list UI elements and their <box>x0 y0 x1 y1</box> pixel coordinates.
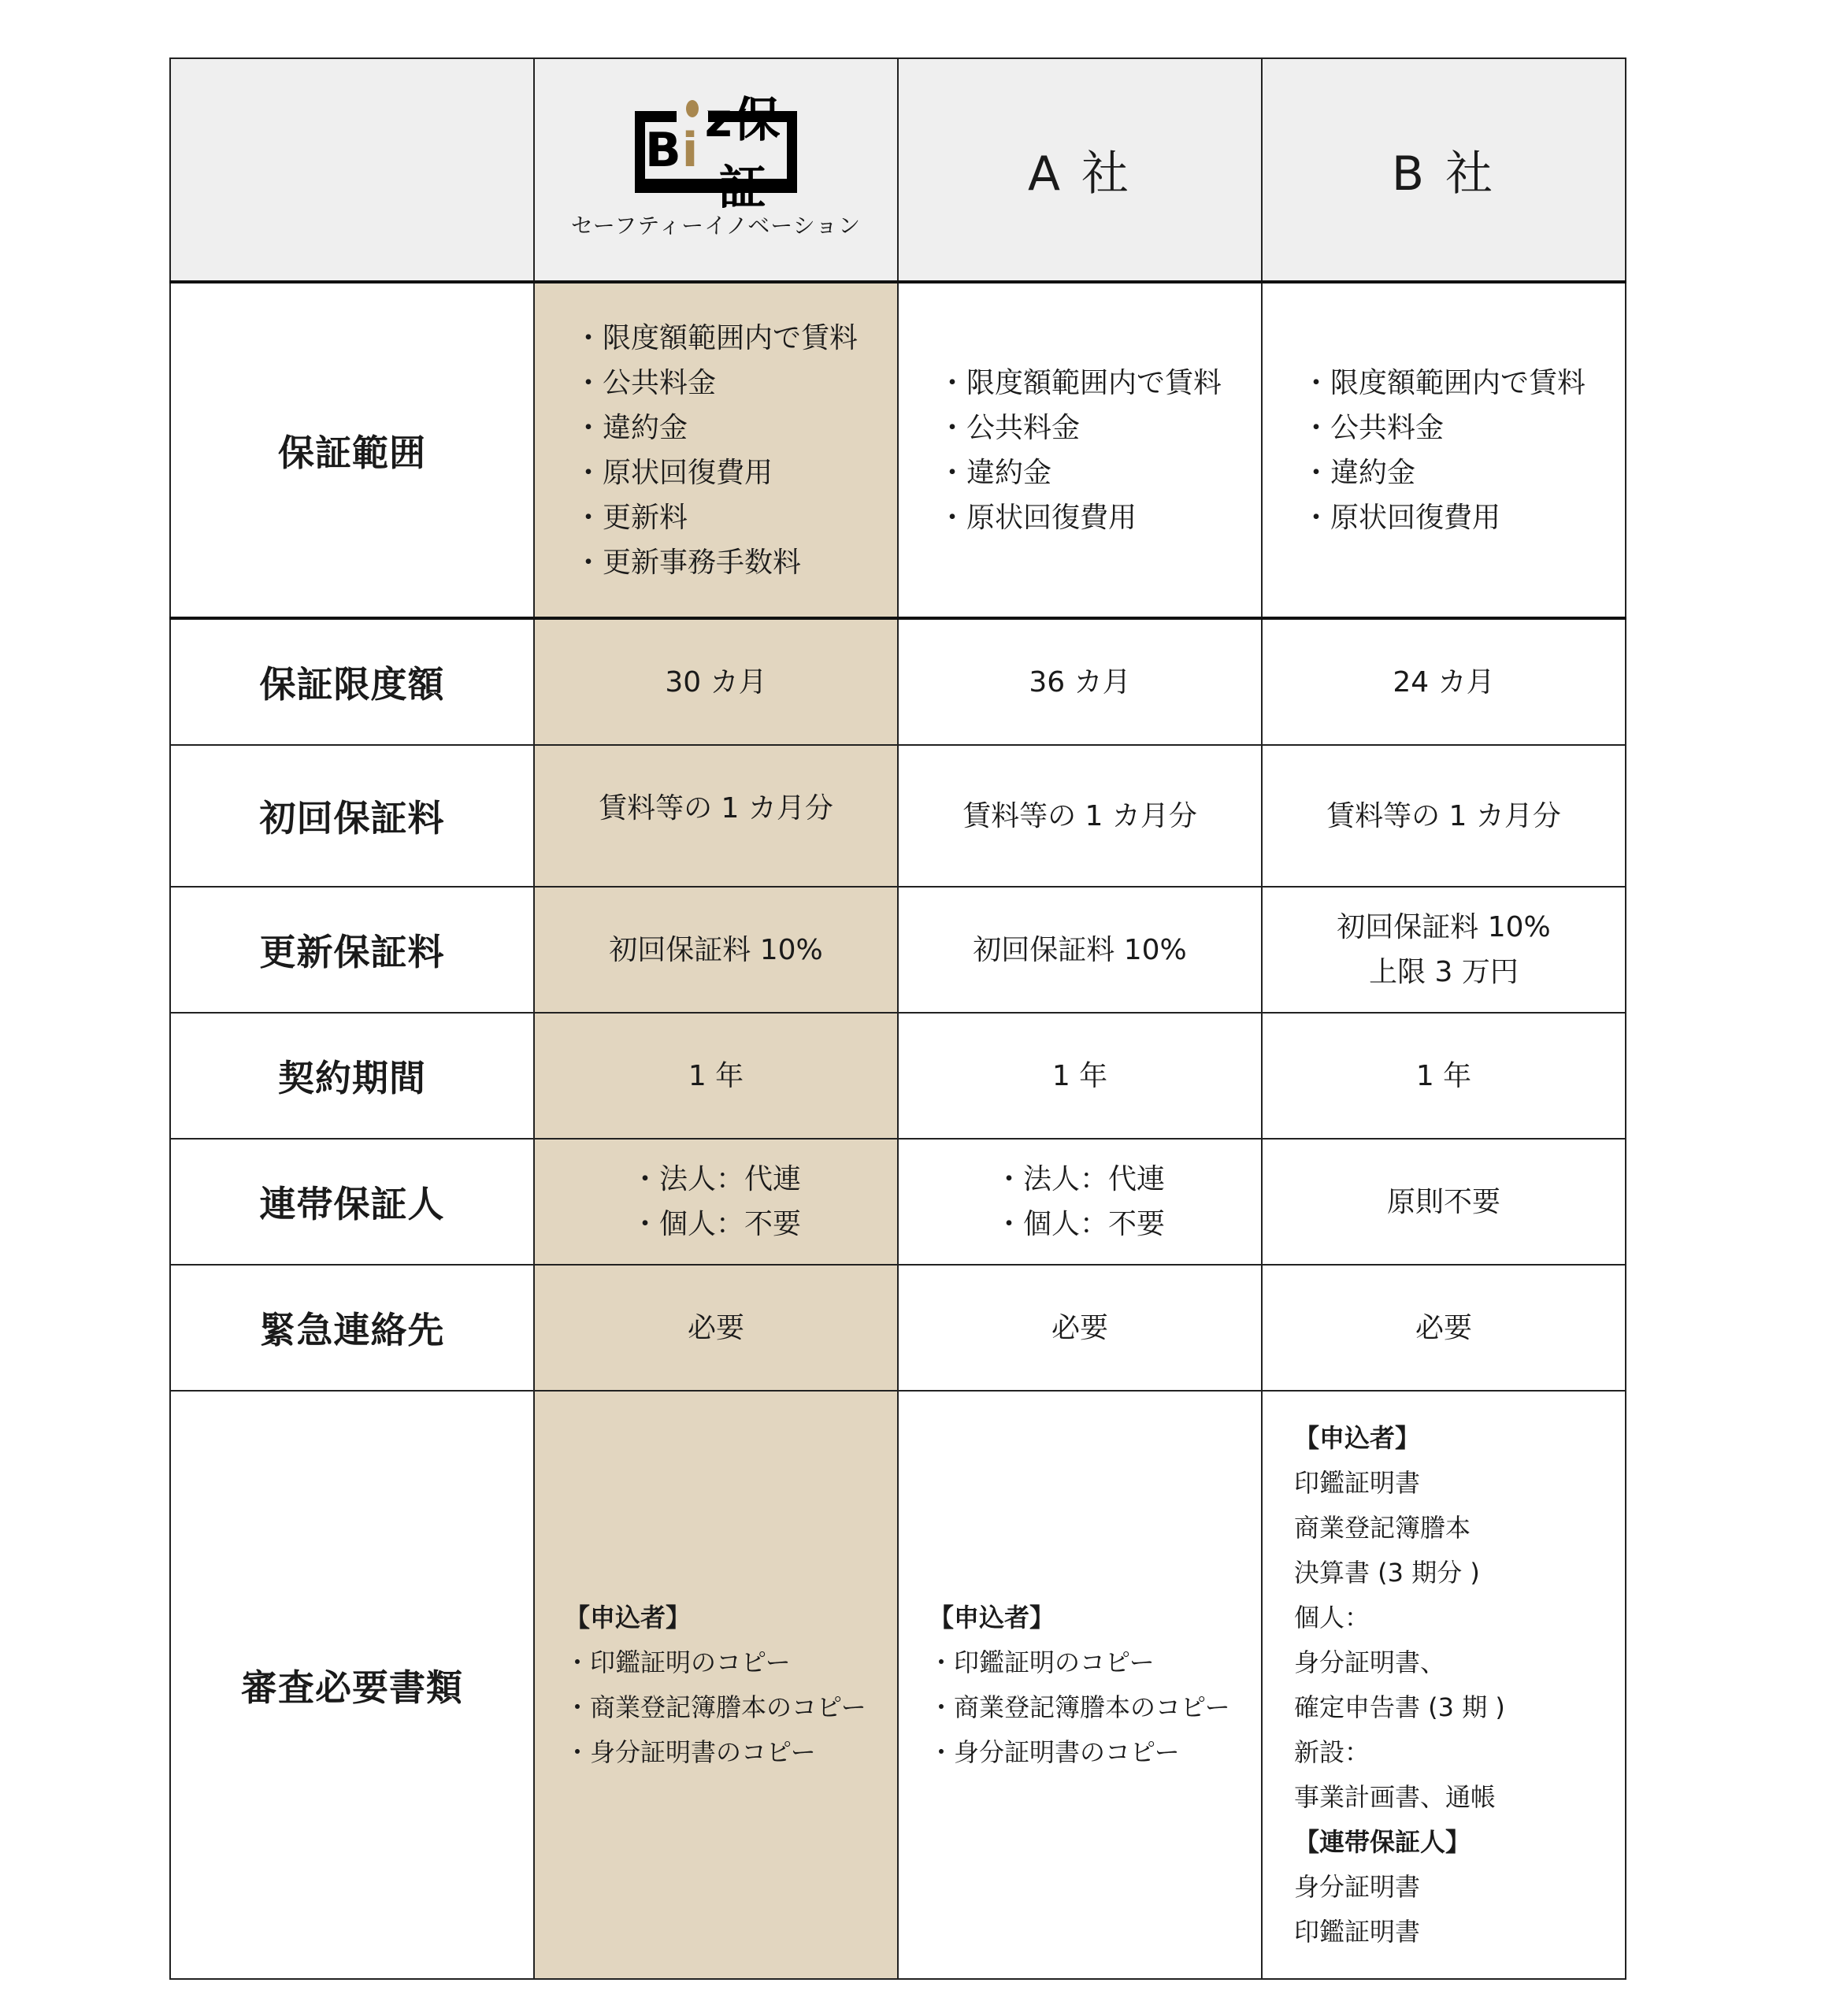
cell-a: 36 カ月 <box>898 618 1262 745</box>
row-label: 緊急連絡先 <box>170 1265 534 1391</box>
row-initial-fee: 初回保証料 賃料等の 1 カ月分 賃料等の 1 カ月分 賃料等の 1 カ月分 <box>170 745 1626 887</box>
row-renewal-fee: 更新保証料 初回保証料 10% 初回保証料 10% 初回保証料 10% 上限 3… <box>170 887 1626 1013</box>
cell-b: 1 年 <box>1262 1013 1626 1139</box>
cell-biz: 必要 <box>534 1265 898 1391</box>
row-label: 保証範囲 <box>170 282 534 618</box>
cell-a: 初回保証料 10% <box>898 887 1262 1013</box>
scope-list: 限度額範囲内で賃料 公共料金 違約金 原状回復費用 <box>1302 361 1585 540</box>
comparison-table: Biz保証 セーフティーイノベーション A 社 B 社 保証範囲 限度額範囲内で… <box>169 57 1626 1980</box>
row-guarantor: 連帯保証人 法人：代連 個人：不要 法人：代連 個人：不要 原則不要 <box>170 1139 1626 1265</box>
cell-b: 原則不要 <box>1262 1139 1626 1265</box>
cell-b: 必要 <box>1262 1265 1626 1391</box>
cell-biz: 賃料等の 1 カ月分 <box>534 745 898 887</box>
header-biz: Biz保証 セーフティーイノベーション <box>534 58 898 282</box>
cell-a: 必要 <box>898 1265 1262 1391</box>
row-label: 審査必要書類 <box>170 1391 534 1979</box>
row-term: 契約期間 1 年 1 年 1 年 <box>170 1013 1626 1139</box>
cell-biz: 1 年 <box>534 1013 898 1139</box>
row-scope: 保証範囲 限度額範囲内で賃料 公共料金 違約金 原状回復費用 更新料 更新事務手… <box>170 282 1626 618</box>
cell-biz: 初回保証料 10% <box>534 887 898 1013</box>
row-label: 連帯保証人 <box>170 1139 534 1265</box>
header-corner <box>170 58 534 282</box>
header-company-b: B 社 <box>1262 58 1626 282</box>
scope-list: 限度額範囲内で賃料 公共料金 違約金 原状回復費用 更新料 更新事務手数料 <box>574 316 858 585</box>
row-limit: 保証限度額 30 カ月 36 カ月 24 カ月 <box>170 618 1626 745</box>
row-label: 初回保証料 <box>170 745 534 887</box>
scope-list: 限度額範囲内で賃料 公共料金 違約金 原状回復費用 <box>938 361 1222 540</box>
cell-b: 初回保証料 10% 上限 3 万円 <box>1262 887 1626 1013</box>
logo-dot-icon <box>686 100 699 117</box>
cell-biz: 限度額範囲内で賃料 公共料金 違約金 原状回復費用 更新料 更新事務手数料 <box>534 282 898 618</box>
cell-a: 【申込者】 印鑑証明のコピー 商業登記簿謄本のコピー 身分証明書のコピー <box>898 1391 1262 1979</box>
row-label: 保証限度額 <box>170 618 534 745</box>
cell-a: 1 年 <box>898 1013 1262 1139</box>
row-label: 契約期間 <box>170 1013 534 1139</box>
row-documents: 審査必要書類 【申込者】 印鑑証明のコピー 商業登記簿謄本のコピー 身分証明書の… <box>170 1391 1626 1979</box>
cell-biz: 【申込者】 印鑑証明のコピー 商業登記簿謄本のコピー 身分証明書のコピー <box>534 1391 898 1979</box>
cell-a: 賃料等の 1 カ月分 <box>898 745 1262 887</box>
cell-b: 24 カ月 <box>1262 618 1626 745</box>
cell-a: 限度額範囲内で賃料 公共料金 違約金 原状回復費用 <box>898 282 1262 618</box>
header-company-a: A 社 <box>898 58 1262 282</box>
header-row: Biz保証 セーフティーイノベーション A 社 B 社 <box>170 58 1626 282</box>
cell-a: 法人：代連 個人：不要 <box>898 1139 1262 1265</box>
cell-b: 【申込者】 印鑑証明書 商業登記簿謄本 決算書 (3 期分 ) 個人： 身分証明… <box>1262 1391 1626 1979</box>
biz-hosho-logo: Biz保証 <box>635 111 797 193</box>
row-emergency-contact: 緊急連絡先 必要 必要 必要 <box>170 1265 1626 1391</box>
row-label: 更新保証料 <box>170 887 534 1013</box>
cell-b: 限度額範囲内で賃料 公共料金 違約金 原状回復費用 <box>1262 282 1626 618</box>
cell-biz: 30 カ月 <box>534 618 898 745</box>
cell-b: 賃料等の 1 カ月分 <box>1262 745 1626 887</box>
cell-biz: 法人：代連 個人：不要 <box>534 1139 898 1265</box>
